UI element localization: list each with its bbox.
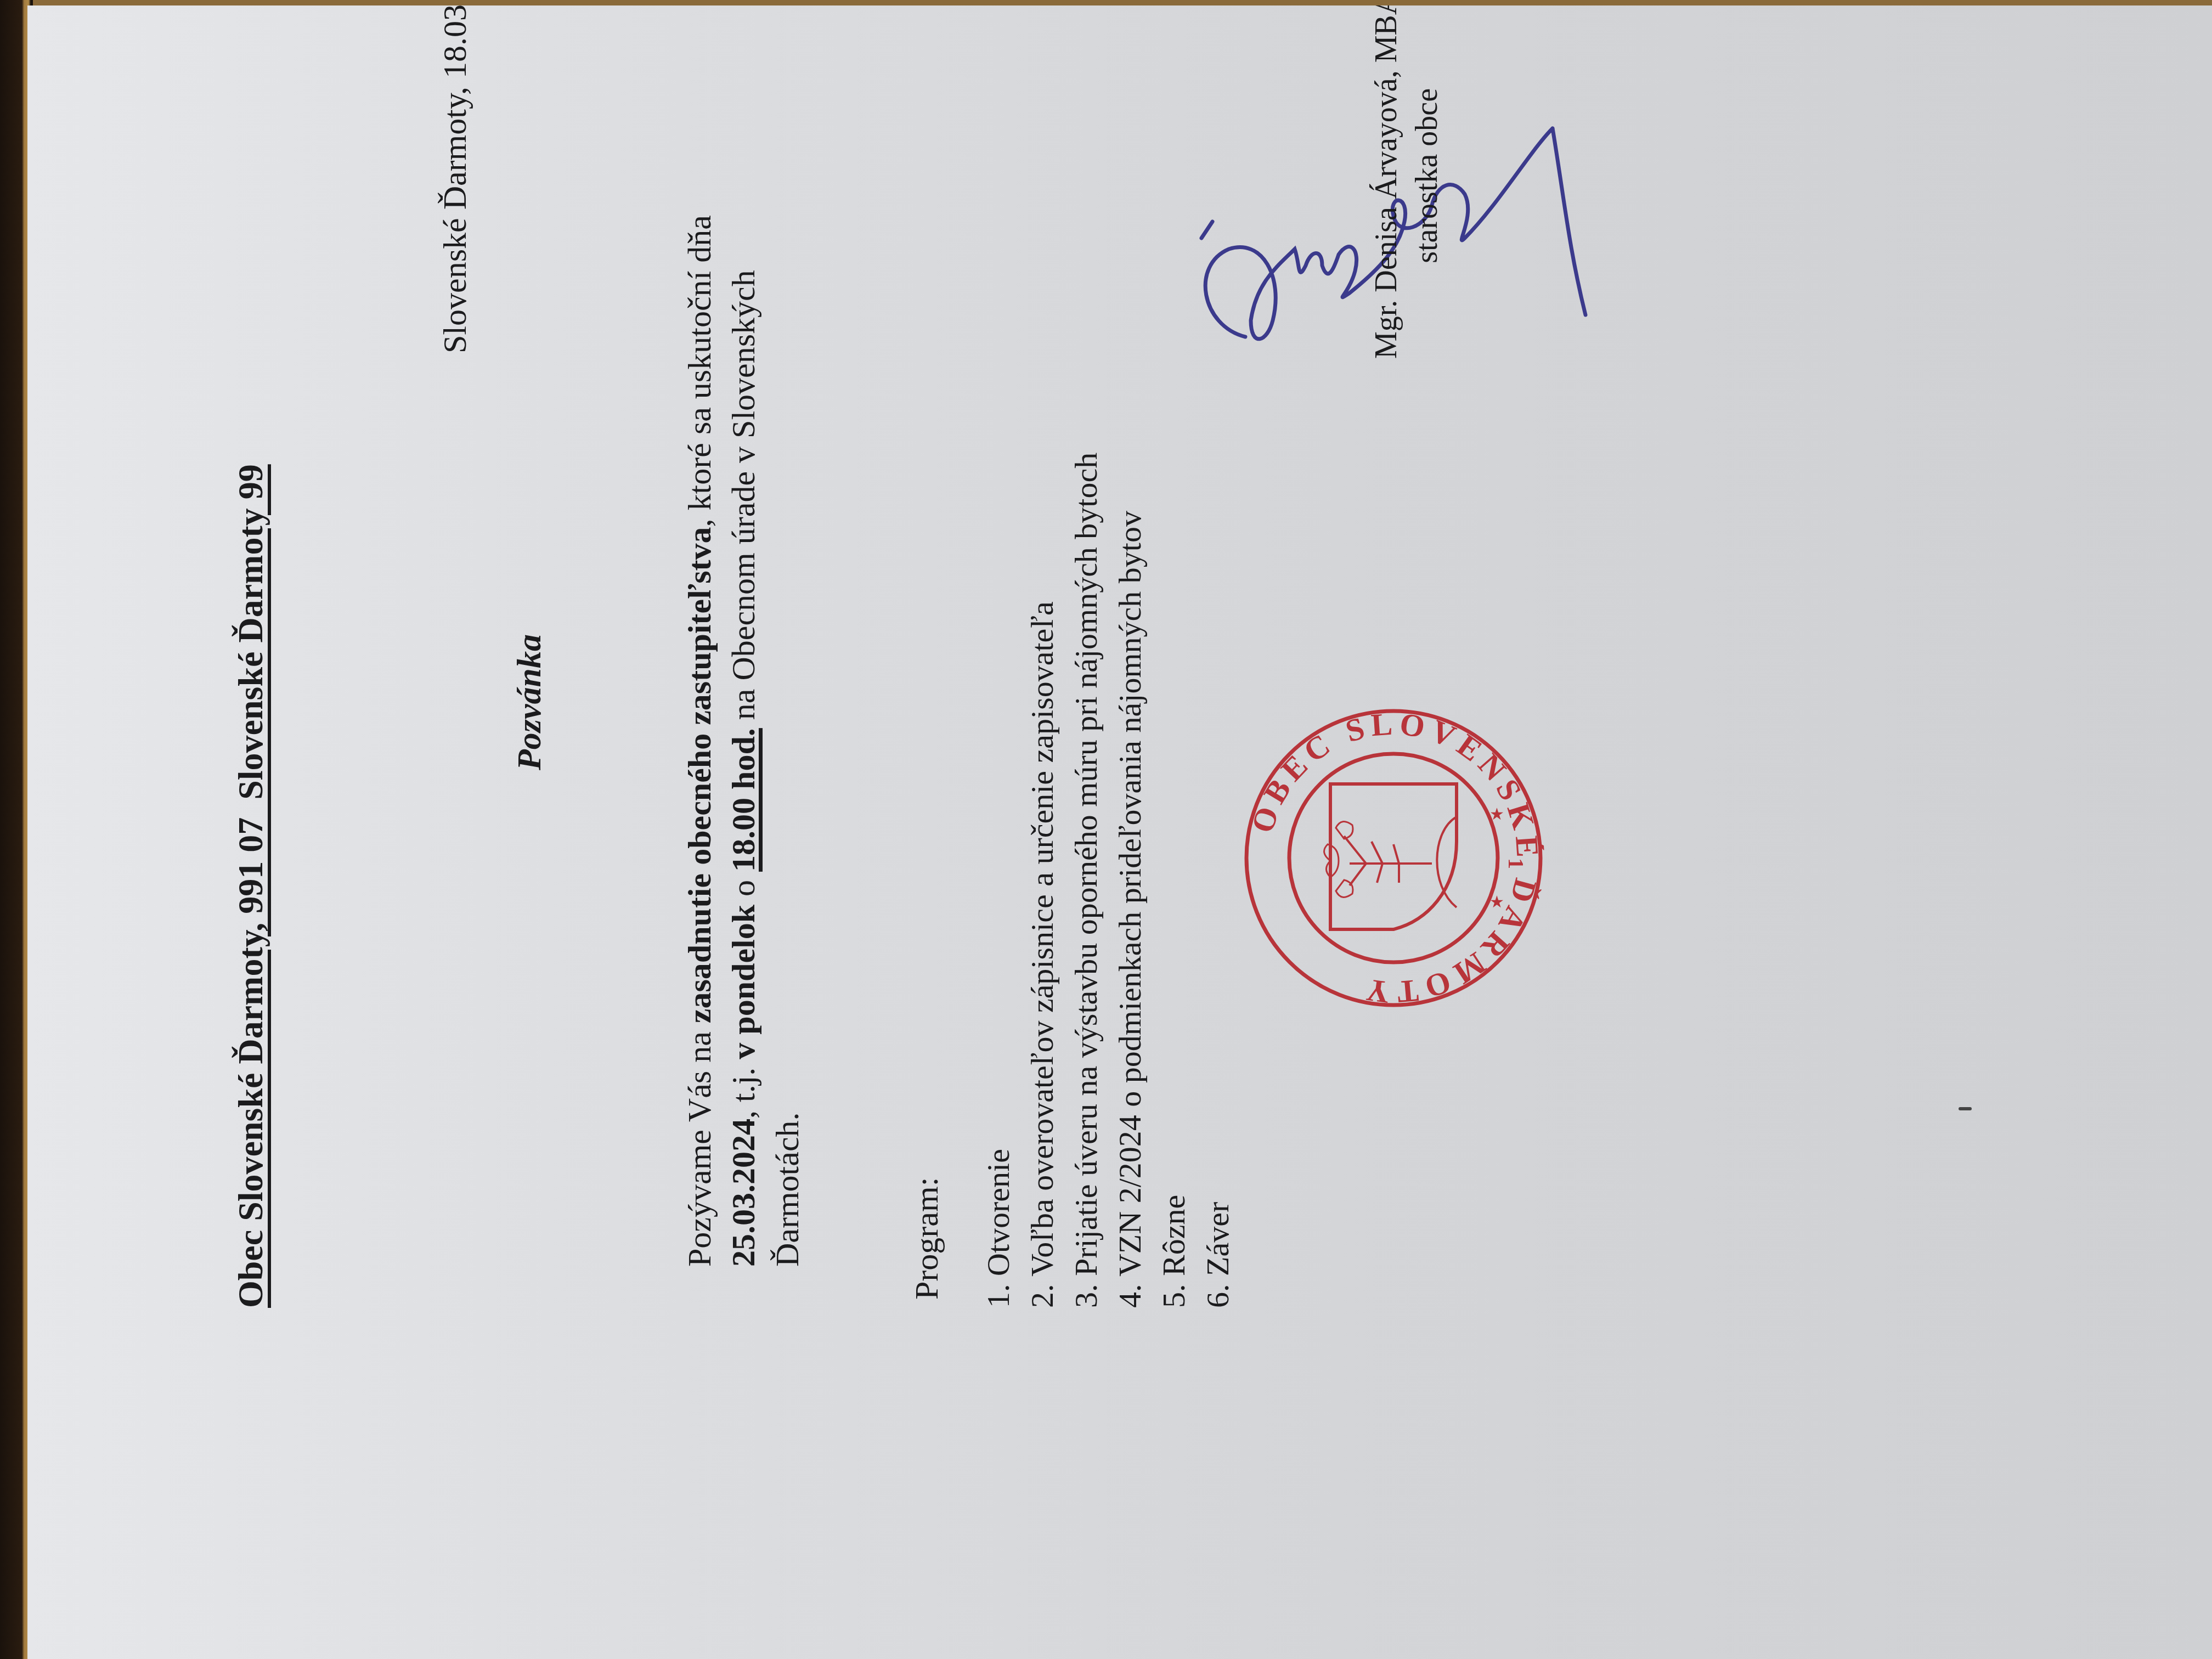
place-and-date: Slovenské Ďarmoty, 18.03.2024 <box>436 5 474 353</box>
invite-text: Pozývame Vás na <box>681 1023 718 1267</box>
official-stamp-icon: ★ ★ 1 OBEC SLOVENSKÉ ĎARMOTY <box>1240 704 1547 1012</box>
paper-speck <box>1959 1107 1972 1110</box>
agenda-item: 1. Otvorenie <box>977 453 1020 1308</box>
paper-sheet: Obec Slovenské Ďarmoty, 991 07 Slovenské… <box>27 5 2212 1659</box>
document-title: Pozvánka <box>510 634 549 770</box>
invite-text: , t.j. <box>725 1059 761 1119</box>
meeting-date: 25.03.2024 <box>725 1119 761 1267</box>
meeting-day: v pondelok <box>725 905 761 1059</box>
signer-role: starostka obce <box>1407 5 1447 359</box>
invite-text: o <box>725 872 761 905</box>
signer-name: Mgr. Denisa Árvayová, MBA <box>1366 5 1407 359</box>
agenda-item: 6. Záver <box>1196 453 1240 1308</box>
program-label: Program: <box>908 1177 946 1300</box>
agenda-item: 2. Voľba overovateľov zápisnice a určeni… <box>1020 453 1064 1308</box>
agenda-item: 5. Rôzne <box>1152 453 1196 1308</box>
document-page: Obec Slovenské Ďarmoty, 991 07 Slovenské… <box>27 5 2212 1659</box>
agenda-list: 1. Otvorenie 2. Voľba overovateľov zápis… <box>977 453 1240 1308</box>
agenda-item: 4. VZN 2/2024 o podmienkach prideľovania… <box>1108 453 1152 1308</box>
letterhead: Obec Slovenské Ďarmoty, 991 07 Slovenské… <box>230 464 271 1308</box>
invitation-paragraph: Pozývame Vás na zasadnutie obecného zast… <box>678 123 809 1319</box>
meeting-time: 18.00 hod. <box>725 728 761 872</box>
signer-block: Mgr. Denisa Árvayová, MBA starostka obce <box>1366 5 1447 359</box>
invite-text: , ktoré sa uskutoční dňa <box>681 215 718 527</box>
meeting-name: zasadnutie obecného zastupiteľstva <box>681 527 718 1023</box>
agenda-item: 3. Prijatie úveru na výstavbu oporného m… <box>1064 453 1108 1308</box>
